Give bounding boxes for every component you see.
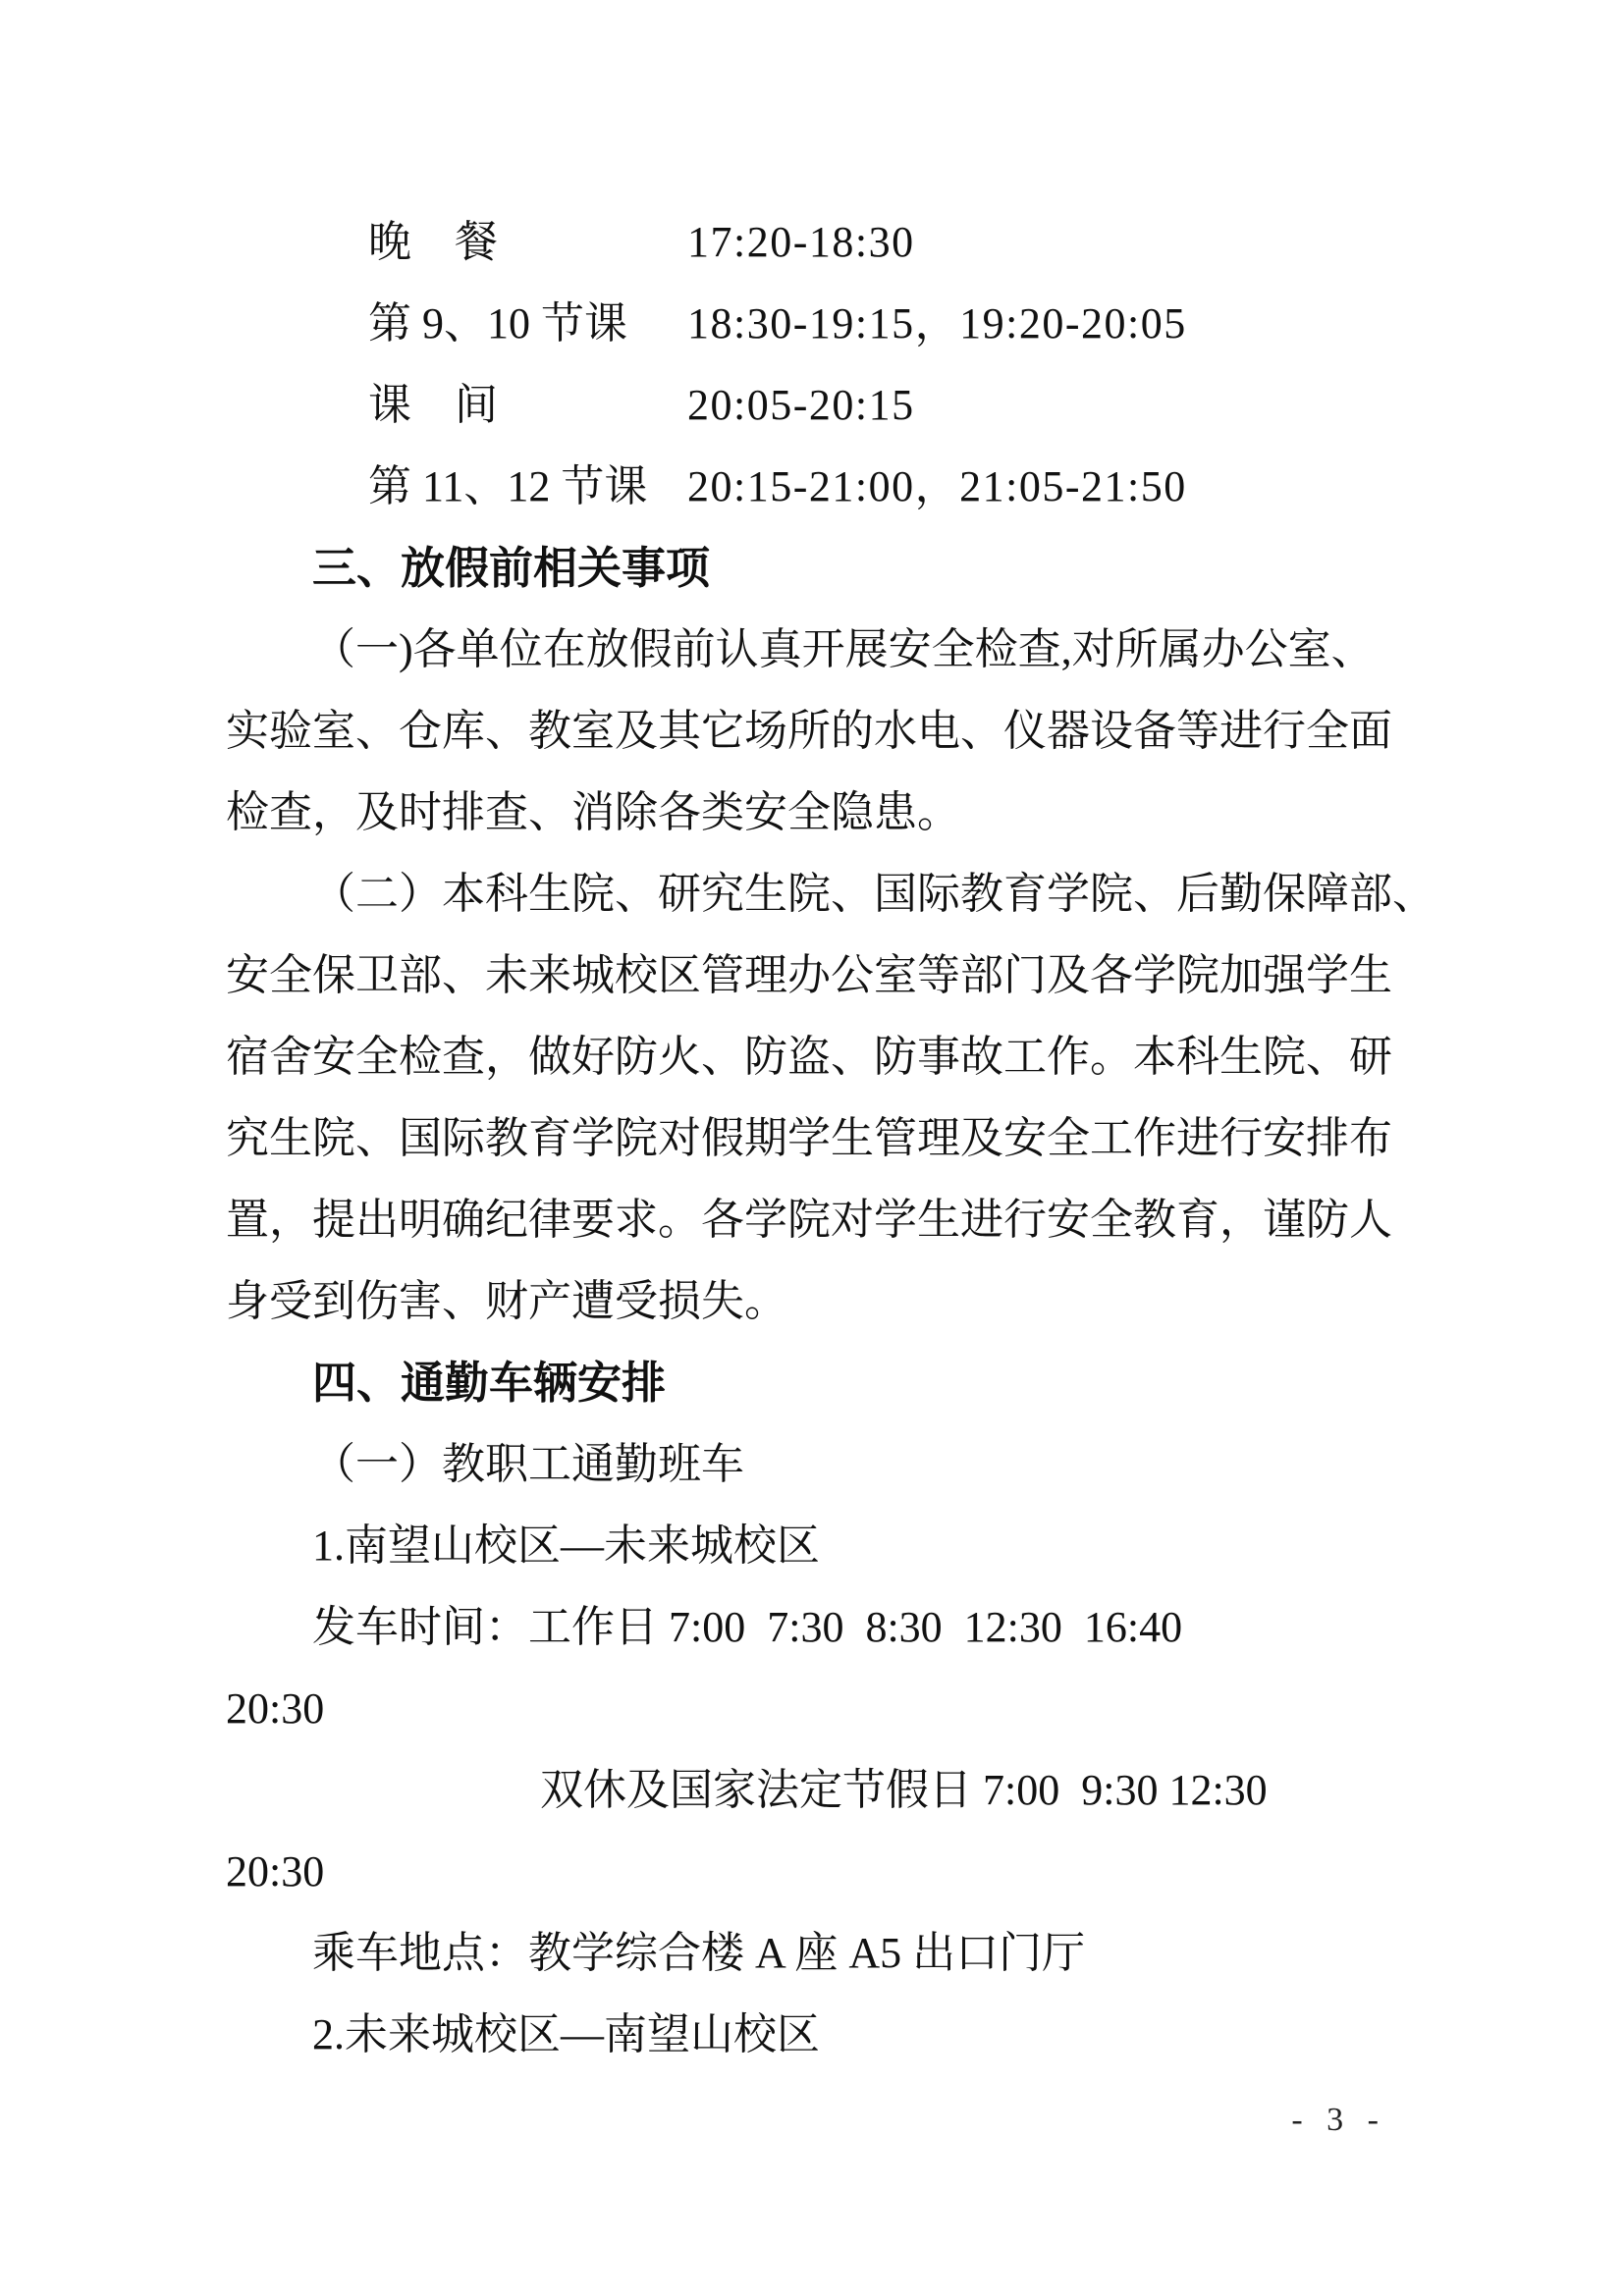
paragraph-line: 检查，及时排查、消除各类安全隐患。 (226, 772, 1396, 853)
timetable-time: 20:05-20:15 (687, 364, 915, 446)
paragraph-line: 究生院、国际教育学院对假期学生管理及安全工作进行安排布 (226, 1097, 1396, 1179)
timetable-row: 晚 餐 17:20-18:30 (226, 201, 1396, 283)
route-one-boarding-point: 乘车地点：教学综合楼 A 座 A5 出口门厅 (226, 1912, 1396, 1994)
section-four-heading: 四、通勤车辆安排 (226, 1342, 1396, 1423)
paragraph-line: 实验室、仓库、教室及其它场所的水电、仪器设备等进行全面 (226, 690, 1396, 772)
timetable-row: 第 9、10 节课 18:30-19:15，19:20-20:05 (226, 283, 1396, 364)
timetable-label: 第 9、10 节课 (368, 283, 687, 364)
timetable-time: 17:20-18:30 (687, 201, 915, 283)
route-one-departure-workday: 发车时间：工作日 7:00 7:30 8:30 12:30 16:40 (226, 1586, 1396, 1668)
section-three-para-one: （一)各单位在放假前认真开展安全检查,对所属办公室、 实验室、仓库、教室及其它场… (226, 609, 1396, 853)
section-four-sub-one-title: （一）教职工通勤班车 (226, 1423, 1396, 1505)
route-one-departure-workday-continued: 20:30 (226, 1668, 1396, 1749)
timetable: 晚 餐 17:20-18:30 第 9、10 节课 18:30-19:15，19… (226, 201, 1396, 527)
timetable-label: 第 11、12 节课 (368, 446, 687, 527)
timetable-time: 18:30-19:15，19:20-20:05 (687, 283, 1187, 364)
section-three-para-two: （二）本科生院、研究生院、国际教育学院、后勤保障部、 安全保卫部、未来城校区管理… (226, 853, 1396, 1342)
route-one-departure-holiday-continued: 20:30 (226, 1831, 1396, 1912)
paragraph-line: 身受到伤害、财产遭受损失。 (226, 1260, 1396, 1342)
route-two: 2.未来城校区—南望山校区 (226, 1994, 1396, 2075)
document-content: 晚 餐 17:20-18:30 第 9、10 节课 18:30-19:15，19… (226, 201, 1396, 2075)
timetable-label: 晚 餐 (368, 201, 687, 283)
section-three-heading: 三、放假前相关事项 (226, 527, 1396, 609)
route-one: 1.南望山校区—未来城校区 发车时间：工作日 7:00 7:30 8:30 12… (226, 1505, 1396, 1994)
paragraph-line: 宿舍安全检查，做好防火、防盗、防事故工作。本科生院、研 (226, 1016, 1396, 1097)
document-page: 晚 餐 17:20-18:30 第 9、10 节课 18:30-19:15，19… (0, 0, 1624, 2296)
route-one-title: 1.南望山校区—未来城校区 (226, 1505, 1396, 1586)
route-one-departure-holiday: 双休及国家法定节假日 7:00 9:30 12:30 (226, 1749, 1396, 1831)
paragraph-line: （一)各单位在放假前认真开展安全检查,对所属办公室、 (226, 609, 1396, 690)
page-number: - 3 - (1291, 2101, 1386, 2140)
paragraph-line: 置，提出明确纪律要求。各学院对学生进行安全教育，谨防人 (226, 1179, 1396, 1260)
paragraph-line: 安全保卫部、未来城校区管理办公室等部门及各学院加强学生 (226, 934, 1396, 1016)
timetable-time: 20:15-21:00，21:05-21:50 (687, 446, 1187, 527)
route-two-title: 2.未来城校区—南望山校区 (226, 1994, 1396, 2075)
timetable-label: 课 间 (368, 364, 687, 446)
timetable-row: 第 11、12 节课 20:15-21:00，21:05-21:50 (226, 446, 1396, 527)
timetable-row: 课 间 20:05-20:15 (226, 364, 1396, 446)
paragraph-line: （二）本科生院、研究生院、国际教育学院、后勤保障部、 (226, 853, 1396, 934)
